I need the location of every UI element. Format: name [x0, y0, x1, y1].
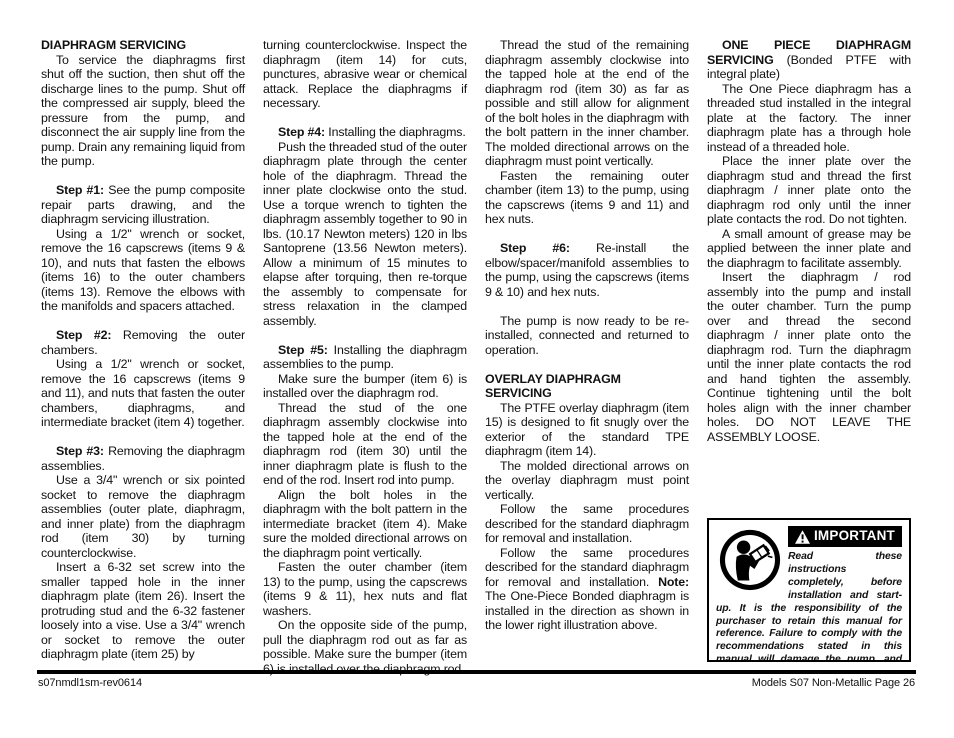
paragraph: Thread the stud of the one diaphragm ass…	[263, 401, 467, 488]
paragraph: Insert a 6-32 set screw into the smaller…	[41, 560, 245, 662]
section-heading: OVERLAY DIAPHRAGM SERVICING	[485, 372, 689, 401]
footer-model-page: Models S07 Non-Metallic Page 26	[752, 677, 915, 689]
paragraph: Using a 1/2" wrench or socket, remove th…	[41, 227, 245, 314]
paragraph: The pump is now ready to be re-installed…	[485, 314, 689, 358]
paragraph: turning counterclockwise. Inspect the di…	[263, 38, 467, 111]
important-notice-box: IMPORTANT Read these instructions comple…	[707, 518, 911, 662]
paragraph: Fasten the remaining outer chamber (item…	[485, 169, 689, 227]
paragraph: Make sure the bumper (item 6) is install…	[263, 372, 467, 401]
paragraph: Step #6: Re-install the elbow/spacer/man…	[485, 241, 689, 299]
footer-document-code: s07nmdl1sm-rev0614	[38, 677, 142, 689]
important-banner: IMPORTANT	[788, 526, 902, 547]
column-2: turning counterclockwise. Inspect the di…	[263, 38, 467, 676]
paragraph: On the opposite side of the pump, pull t…	[263, 618, 467, 676]
paragraph: To service the diaphragms first shut off…	[41, 53, 245, 169]
paragraph: Step #1: See the pump composite repair p…	[41, 183, 245, 227]
paragraph: Place the inner plate over the diaphragm…	[707, 154, 911, 227]
paragraph: Using a 1/2" wrench or socket, remove th…	[41, 357, 245, 430]
paragraph: ONE PIECE DIAPHRAGM SERVICING (Bonded PT…	[707, 38, 911, 82]
paragraph: Use a 3/4" wrench or six pointed socket …	[41, 473, 245, 560]
paragraph: Push the threaded stud of the outer diap…	[263, 140, 467, 329]
column-4: ONE PIECE DIAPHRAGM SERVICING (Bonded PT…	[707, 38, 911, 676]
paragraph: Fasten the outer chamber (item 13) to th…	[263, 560, 467, 618]
paragraph: A small amount of grease may be applied …	[707, 227, 911, 271]
paragraph: The PTFE overlay diaphragm (item 15) is …	[485, 401, 689, 459]
manual-page: DIAPHRAGM SERVICINGTo service the diaphr…	[0, 0, 954, 738]
paragraph: The molded directional arrows on the ove…	[485, 459, 689, 503]
paragraph: Step #4: Installing the diaphragms.	[263, 125, 467, 140]
footer-rule	[37, 670, 916, 674]
paragraph: Thread the stud of the remaining diaphra…	[485, 38, 689, 169]
paragraph: Follow the same procedures described for…	[485, 546, 689, 633]
paragraph: Align the bolt holes in the diaphragm wi…	[263, 488, 467, 561]
paragraph: The One Piece diaphragm has a threaded s…	[707, 82, 911, 155]
paragraph: Step #5: Installing the diaphragm assemb…	[263, 343, 467, 372]
paragraph: Insert the diaphragm / rod assembly into…	[707, 270, 911, 444]
paragraph: Step #3: Removing the diaphragm assembli…	[41, 444, 245, 473]
important-banner-label: IMPORTANT	[814, 529, 895, 544]
column-1: DIAPHRAGM SERVICINGTo service the diaphr…	[41, 38, 245, 676]
column-3: Thread the stud of the remaining diaphra…	[485, 38, 689, 676]
section-heading: DIAPHRAGM SERVICING	[41, 38, 245, 53]
read-manual-icon	[718, 528, 782, 592]
paragraph: Follow the same procedures described for…	[485, 502, 689, 546]
text-columns: DIAPHRAGM SERVICINGTo service the diaphr…	[41, 38, 911, 676]
paragraph: Step #2: Removing the outer chambers.	[41, 328, 245, 357]
warning-triangle-icon	[795, 530, 810, 544]
